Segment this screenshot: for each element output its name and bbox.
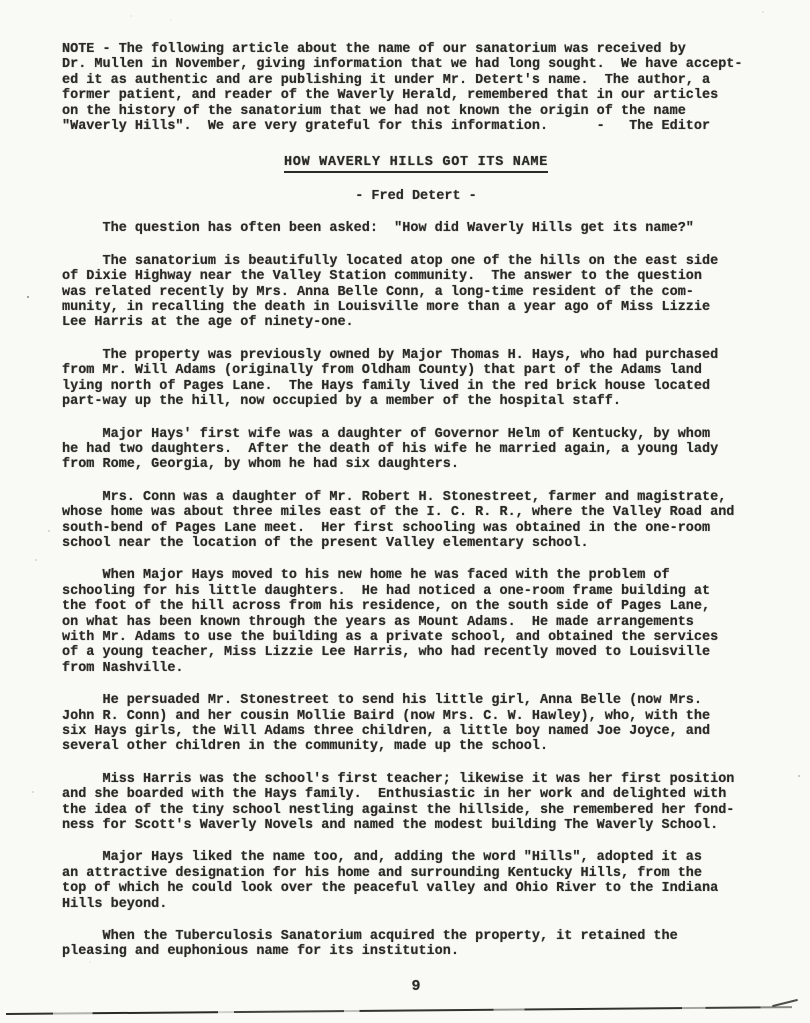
page-number-row: 9 xyxy=(62,977,770,995)
page-content: NOTE - The following article about the n… xyxy=(62,42,770,995)
paragraph-mrs-conn: Mrs. Conn was a daughter of Mr. Robert H… xyxy=(62,490,770,552)
scanned-page: NOTE - The following article about the n… xyxy=(0,0,810,1023)
editor-note: NOTE - The following article about the n… xyxy=(62,42,770,134)
paragraph-sanatorium: When the Tuberculosis Sanatorium acquire… xyxy=(62,929,770,960)
byline-row: - Fred Detert - xyxy=(62,186,770,204)
title-row: HOW WAVERLY HILLS GOT ITS NAME xyxy=(62,152,770,173)
scan-edge-artifact xyxy=(6,1006,792,1015)
paragraph-question: The question has often been asked: "How … xyxy=(62,221,770,236)
paragraph-miss-harris: Miss Harris was the school's first teach… xyxy=(62,772,770,834)
page-number: 9 xyxy=(411,978,420,995)
paragraph-students: He persuaded Mr. Stonestreet to send his… xyxy=(62,693,770,755)
article-title: HOW WAVERLY HILLS GOT ITS NAME xyxy=(284,155,548,173)
byline: - Fred Detert - xyxy=(355,189,477,204)
paragraph-schooling: When Major Hays moved to his new home he… xyxy=(62,568,770,676)
paragraph-location: The sanatorium is beautifully located at… xyxy=(62,254,770,331)
paragraph-hays-family: Major Hays' first wife was a daughter of… xyxy=(62,427,770,473)
paragraph-name-adopted: Major Hays liked the name too, and, addi… xyxy=(62,850,770,912)
paragraph-property: The property was previously owned by Maj… xyxy=(62,348,770,410)
